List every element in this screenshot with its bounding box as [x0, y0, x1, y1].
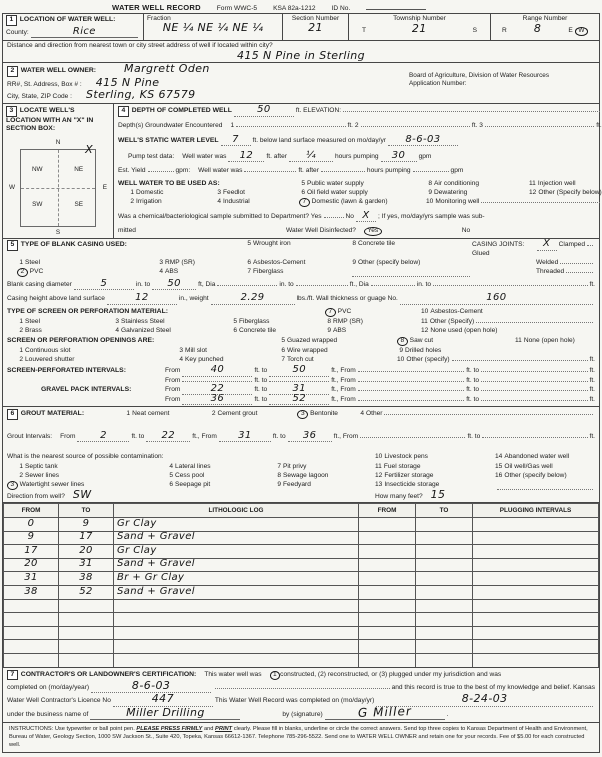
- form-option-selected: 8Saw cut: [397, 337, 515, 346]
- cell-plug-to: [416, 572, 473, 586]
- option-label: RMP (SR): [165, 259, 195, 266]
- option-label: Fiberglass: [239, 318, 269, 325]
- dia-e: ft., Dia: [350, 281, 369, 289]
- option-label: RMP (SR): [333, 318, 363, 325]
- cell-plug-from: [359, 531, 416, 545]
- gw-3: ft. 3: [472, 122, 483, 130]
- option-label: Concrete tile: [239, 327, 276, 334]
- threaded-label: Threaded: [536, 268, 564, 276]
- blank-casing-options: 5TYPE OF BLANK CASING USED: 5Wrought iro…: [3, 240, 599, 277]
- option-number: 5: [245, 240, 251, 248]
- section-grout: 6GROUT MATERIAL:1Neat cement2Cement grou…: [2, 406, 600, 503]
- option-number: 4: [167, 463, 173, 471]
- option-label: Drilled holes: [405, 347, 441, 354]
- option-label: Cess pool: [175, 472, 204, 479]
- section-number-cell: Section Number 21: [282, 14, 348, 40]
- option-label: Irrigation: [136, 198, 162, 205]
- disinfected-no: No: [462, 227, 470, 235]
- cell-plug-interval: [473, 585, 599, 599]
- option-label: Wrought iron: [253, 240, 291, 247]
- option-label: Fiberglass: [253, 268, 283, 275]
- option-number: 2: [209, 410, 215, 418]
- option-number: 10: [421, 308, 428, 316]
- pump-test-b: ft. after: [266, 153, 287, 161]
- completed-on-value: 8-6-03: [132, 682, 170, 689]
- gpi-to-1: 31: [292, 385, 306, 392]
- header-lithologic-log: LITHOLOGIC LOG: [114, 504, 359, 518]
- application-number-label: Application Number:: [409, 80, 595, 88]
- township-value: 21: [412, 25, 427, 32]
- casing-height-value: 12: [135, 294, 149, 301]
- cert-b: constructed, (2) reconstructed, or (3) p…: [280, 671, 501, 679]
- form-option: 1Steel: [17, 318, 113, 326]
- option-label: Public water supply: [307, 180, 364, 187]
- cell-to: 9: [83, 520, 90, 527]
- from-label: From: [165, 386, 180, 394]
- compass-east: E: [103, 184, 107, 192]
- option-number: 3: [7, 481, 18, 490]
- form-option: 11Other (Specify): [421, 318, 595, 326]
- form-option: 3Stainless Steel: [113, 318, 231, 326]
- cell-from: 31: [24, 574, 38, 581]
- option-number: 7: [325, 308, 336, 317]
- use-title: WELL WATER TO BE USED AS:: [118, 180, 299, 188]
- form-option: 2Cement grout: [209, 410, 257, 418]
- form-option: 1Domestic: [128, 189, 215, 197]
- option-number: 5: [231, 318, 237, 326]
- option-number: 9: [350, 259, 356, 267]
- option-number: 8: [350, 240, 356, 248]
- township-cell: Township Number T21S: [348, 14, 490, 40]
- form-option: 9Other (specify below): [350, 259, 472, 267]
- option-number: 4: [157, 268, 163, 276]
- form-option: 9Drilled holes: [397, 347, 515, 355]
- section-locator: 3LOCATE WELL'S LOCATION WITH AN "X" IN S…: [3, 104, 114, 238]
- option-number: 10: [397, 356, 404, 364]
- form-option: 5Public water supply: [299, 180, 426, 188]
- section-4-number: 4: [118, 106, 129, 116]
- grout-from-1: 2: [100, 432, 107, 439]
- contamination-title: What is the nearest source of possible c…: [7, 453, 375, 461]
- option-label: Other: [366, 410, 383, 417]
- agency-block: Board of Agriculture, Division of Water …: [409, 63, 599, 103]
- option-label: Continuous slot: [25, 347, 70, 354]
- option-label: Concrete tile: [358, 240, 395, 247]
- form-option: 5Cess pool: [167, 472, 275, 480]
- option-number: 9: [275, 481, 281, 489]
- id-number-label: ID No.: [332, 5, 351, 13]
- header-to: TO: [59, 504, 114, 518]
- form-option: 4Other: [358, 410, 383, 418]
- option-label: Torch cut: [287, 356, 314, 363]
- option-label: Feedlot: [223, 189, 245, 196]
- weight-value: 2.29: [241, 294, 265, 301]
- form-option: 11None (open hole): [515, 337, 595, 346]
- spi-from-1: 40: [211, 366, 225, 373]
- option-number: 2: [128, 198, 134, 206]
- casing-depth-value: 50: [167, 280, 181, 287]
- owner-address-label: RR#, St. Address, Box # :: [7, 81, 82, 89]
- option-label: Monitoring well: [435, 198, 479, 206]
- sample-no-mark: X: [362, 212, 369, 219]
- section-location: 1LOCATION OF WATER WELL: County:Rice Fra…: [2, 13, 600, 63]
- sample-tail-2: mitted: [118, 227, 136, 235]
- agency-name: Board of Agriculture, Division of Water …: [409, 72, 595, 80]
- cell-plug-from: [359, 572, 416, 586]
- section-3-4-row: 3LOCATE WELL'S LOCATION WITH AN "X" IN S…: [2, 103, 600, 239]
- option-number: 8: [397, 337, 408, 346]
- option-label: Mill slot: [185, 347, 207, 354]
- cell-lithology: Sand + Gravel: [117, 560, 195, 567]
- form-option-selected: 7PVC: [325, 308, 421, 317]
- quadrant-se: SE: [73, 201, 84, 209]
- form-option: 11Injection well: [529, 180, 602, 188]
- welded-label: Welded: [536, 259, 558, 267]
- option-label: Insecticide storage: [384, 481, 439, 488]
- form-option: 1Neat cement: [124, 410, 169, 418]
- form-option: 5Wrought iron: [245, 240, 350, 257]
- option-label: Bentonite: [310, 410, 338, 417]
- casing-height-label: Casing height above land surface: [7, 295, 105, 303]
- cell-to: 17: [79, 533, 93, 540]
- form-option: 8Sewage lagoon: [275, 472, 375, 480]
- casing-diameter-value: 5: [100, 280, 107, 287]
- ftto-label: ft. to: [466, 377, 479, 385]
- static-level-date: 8-6-03: [405, 136, 440, 143]
- option-label: PVC: [30, 268, 44, 275]
- form-option: 11Fuel storage: [375, 463, 495, 471]
- owner-city-value: Sterling, KS 67579: [86, 91, 196, 98]
- option-label: Wire wrapped: [287, 347, 328, 354]
- option-label: None (open hole): [524, 337, 575, 344]
- option-number: 2: [17, 327, 23, 335]
- section-number-value: 21: [308, 24, 323, 31]
- range-cell: Range Number R8EW: [490, 14, 599, 40]
- option-number: 7: [299, 198, 310, 207]
- table-row: 3852Sand + Gravel: [4, 585, 599, 599]
- screen-title: TYPE OF SCREEN OR PERFORATION MATERIAL:: [7, 308, 325, 317]
- form-option: 10Asbestos-Cement: [421, 308, 595, 317]
- from-label: From: [165, 377, 180, 385]
- form-option: 6Asbestos-Cement: [245, 259, 350, 267]
- table-row: 1720Gr Clay: [4, 545, 599, 559]
- option-number: 9: [426, 189, 432, 197]
- cell-lithology: Sand + Gravel: [117, 588, 195, 595]
- screen-material-options: TYPE OF SCREEN OR PERFORATION MATERIAL: …: [3, 308, 599, 335]
- direction-label: Direction from well?: [7, 493, 65, 501]
- table-row-empty: [4, 613, 599, 627]
- intervals-block: SCREEN-PERFORATED INTERVALS:From40ft. to…: [3, 366, 599, 405]
- option-number: 2: [17, 356, 23, 364]
- table-row-empty: [4, 599, 599, 613]
- clamped-label: Clamped: [559, 241, 585, 249]
- quadrant-sw: SW: [31, 201, 43, 209]
- option-number: 10: [375, 453, 382, 461]
- feet-value: 15: [431, 491, 446, 498]
- pump-test-hours: ¼: [306, 152, 316, 159]
- range-label: Range Number: [523, 15, 568, 22]
- cell-plug-to: [416, 518, 473, 532]
- cell-from: 17: [24, 547, 38, 554]
- certification-title: CONTRACTOR'S OR LANDOWNER'S CERTIFICATIO…: [21, 671, 197, 679]
- cell-plug-from: [359, 585, 416, 599]
- cert-c: and this record is true to the best of m…: [392, 684, 595, 692]
- ft-label: ft.: [590, 396, 596, 404]
- feet-label: How many feet?: [375, 493, 423, 501]
- dia-f: in. to: [417, 281, 431, 289]
- section-3-number: 3: [6, 106, 17, 116]
- option-label: Sewage lagoon: [283, 472, 328, 479]
- form-option: 6Wire wrapped: [279, 347, 397, 355]
- cell-lithology: Gr Clay: [117, 520, 157, 527]
- option-label: Key punched: [185, 356, 224, 363]
- option-label: Fertilizer storage: [384, 472, 433, 479]
- ftto-label: ft. to: [466, 367, 479, 375]
- quadrant-nw: NW: [31, 166, 44, 174]
- owner-title: WATER WELL OWNER:: [21, 67, 96, 75]
- form-option: 9Dewatering: [426, 189, 529, 197]
- openings-title: SCREEN OR PERFORATION OPENINGS ARE:: [7, 337, 279, 346]
- ftfrom-label: ft., From: [334, 433, 359, 441]
- section-certification: 7CONTRACTOR'S OR LANDOWNER'S CERTIFICATI…: [2, 667, 600, 723]
- option-number: 14: [495, 453, 502, 461]
- gw-ft: ft.: [596, 122, 602, 130]
- section-box-hline: [21, 188, 95, 189]
- form-option: 9ABS: [325, 327, 421, 335]
- ftto-label: ft. to: [273, 433, 286, 441]
- est-yield-d: hours pumping: [367, 167, 411, 175]
- section-owner: 2WATER WELL OWNER:Margrett Oden RR#, St.…: [2, 62, 600, 104]
- option-label: Oil field water supply: [307, 189, 368, 196]
- option-number: 4: [177, 356, 183, 364]
- form-option: 7Pit privy: [275, 463, 375, 471]
- grout-intervals-label: Grout Intervals:: [7, 433, 52, 441]
- option-number: 8: [325, 318, 331, 326]
- instructions-pre: INSTRUCTIONS: Use typewriter or ball poi…: [9, 726, 135, 732]
- open10-tail: ft.: [590, 356, 596, 364]
- option-number: 8: [275, 472, 281, 480]
- option-number: 6: [245, 259, 251, 267]
- form-option: 1Steel: [17, 259, 157, 267]
- lithologic-log-table: FROM TO LITHOLOGIC LOG FROM TO PLUGGING …: [2, 502, 600, 667]
- cell-lithology: Sand + Gravel: [117, 533, 195, 540]
- direction-row: Direction from well?SW: [7, 491, 275, 501]
- range-e: E: [568, 27, 572, 35]
- table-row: 3138Br + Gr Clay: [4, 572, 599, 586]
- county-value: Rice: [73, 28, 96, 35]
- option-label: Industrial: [223, 198, 250, 205]
- table-row-empty: [4, 640, 599, 654]
- ftfrom-label: ft., From: [331, 396, 356, 404]
- pump-test-c: hours pumping: [335, 153, 379, 161]
- cell-plug-from: [359, 545, 416, 559]
- pump-test-a: Well water was: [182, 153, 226, 161]
- table-row: 2031Sand + Gravel: [4, 558, 599, 572]
- cell-to: 38: [79, 574, 93, 581]
- form-option: 10Livestock pens: [375, 453, 495, 461]
- fraction-cell: Fraction NE ¼ NE ¼ NE ¼: [143, 14, 282, 40]
- form-option: 1Continuous slot: [17, 347, 177, 355]
- section-5-number: 5: [7, 240, 18, 250]
- form-option: 10Other (specify)ft.: [397, 356, 595, 364]
- from-label: From: [165, 396, 180, 404]
- range-w: W: [575, 27, 588, 36]
- spi-to-1: 50: [292, 366, 306, 373]
- option-label: Cement grout: [217, 410, 257, 417]
- form-option: 8Concrete tile: [350, 240, 472, 257]
- record-completed-label: This Water Well Record was completed on …: [215, 697, 374, 705]
- section-box-square: NW NE SW SE X: [20, 149, 96, 227]
- disinfected-yes: Yes: [364, 227, 382, 236]
- form-option: 2Sewer lines: [17, 472, 167, 480]
- table-row-empty: [4, 653, 599, 667]
- form-option: 6Seepage pit: [167, 481, 275, 490]
- casing-joints-row: CASING JOINTS: GluedXClamped: [472, 240, 595, 257]
- disinfected-label: Water Well Disinfected?: [286, 227, 356, 235]
- form-option: 15Oil well/Gas well: [495, 463, 595, 471]
- option-label: Galvanized Steel: [121, 327, 171, 334]
- cell-to: 31: [79, 560, 93, 567]
- signature-label: by (signature): [282, 711, 322, 719]
- option-number: 2: [17, 268, 28, 277]
- cell-from: 9: [28, 533, 35, 540]
- option-number: 7: [279, 356, 285, 364]
- cell-from: 0: [28, 520, 35, 527]
- option-label: Asbestos-Cement: [430, 308, 482, 315]
- licence-label: Water Well Contractor's Licence No: [7, 697, 111, 705]
- form-option: 1Septic tank: [17, 463, 167, 471]
- option-number: 3: [157, 259, 163, 267]
- section-2-number: 2: [7, 66, 18, 76]
- ftto-label: ft. to: [467, 433, 480, 441]
- well-use-options: WELL WATER TO BE USED AS: 5Public water …: [114, 180, 602, 208]
- table-row: 09Gr Clay: [4, 518, 599, 532]
- form-option: 7Torch cut: [279, 356, 397, 364]
- form-option: 2Irrigation: [128, 198, 215, 207]
- sample-question: Was a chemical/bacteriological sample su…: [118, 213, 322, 221]
- cell-to: 52: [79, 588, 93, 595]
- ftfrom-label: ft., From: [331, 367, 356, 375]
- option-number: 3: [177, 347, 183, 355]
- option-number: 6: [167, 481, 173, 489]
- record-completed-value: 8-24-03: [462, 695, 508, 702]
- fraction-value: NE ¼ NE ¼ NE ¼: [163, 24, 264, 31]
- owner-name-value: Margrett Oden: [124, 65, 210, 72]
- instructions-print: PRINT: [215, 726, 232, 732]
- ftfrom-label: ft., From: [331, 377, 356, 385]
- option-label: Other (Specify below): [538, 189, 601, 196]
- cell-plug-to: [416, 545, 473, 559]
- option-number: 12: [529, 189, 536, 197]
- ft-label: ft.: [590, 433, 596, 441]
- option-number: 7: [275, 463, 281, 471]
- gpi-to-2: 52: [292, 395, 306, 402]
- ftto-label: ft. to: [254, 396, 267, 404]
- option-number: 1: [124, 410, 130, 418]
- option-number: 1: [17, 259, 23, 267]
- ftfrom-label: ft., From: [192, 433, 217, 441]
- range-r: R: [502, 27, 507, 35]
- compass-north: N: [56, 139, 61, 147]
- from-label: From: [165, 367, 180, 375]
- location-title: LOCATION OF WATER WELL:: [20, 16, 116, 23]
- option-label: Other (Specify): [430, 318, 474, 326]
- cell-plug-to: [416, 558, 473, 572]
- option-label: Saw cut: [410, 337, 433, 344]
- quadrant-ne: NE: [73, 166, 84, 174]
- casing-title: TYPE OF BLANK CASING USED:: [21, 241, 127, 248]
- cell-plug-from: [359, 518, 416, 532]
- form-option: 10Monitoring well: [426, 198, 602, 207]
- option-number: 12: [375, 472, 382, 480]
- other-specify-blank: [497, 481, 593, 490]
- option-number: 13: [375, 481, 382, 489]
- cell-plug-interval: [473, 572, 599, 586]
- form-option: 6Oil field water supply: [299, 189, 426, 197]
- casing-diameter-label: Blank casing diameter: [7, 281, 72, 289]
- option-label: ABS: [333, 327, 346, 334]
- form-option: 4Industrial: [215, 198, 299, 207]
- est-yield-b: Well water was: [198, 167, 242, 175]
- glued-mark: X: [543, 240, 550, 247]
- cell-from: 20: [24, 560, 38, 567]
- cell-from: 38: [24, 588, 38, 595]
- form-option: 2Brass: [17, 327, 113, 335]
- option-number: 3: [113, 318, 119, 326]
- option-number: 10: [426, 198, 433, 206]
- form-option: 4Galvanized Steel: [113, 327, 231, 335]
- option-label: Stainless Steel: [121, 318, 165, 325]
- option-label: Air conditioning: [434, 180, 479, 187]
- ftto-label: ft. to: [254, 367, 267, 375]
- dia-c: ft, Dia: [198, 281, 215, 289]
- option-number: 2: [17, 472, 23, 480]
- form-option: 14Abandoned water well: [495, 453, 595, 461]
- option-number: 6: [231, 327, 237, 335]
- form-option: 12Fertilizer storage: [375, 472, 495, 480]
- township-label: Township Number: [393, 15, 446, 22]
- ftto-label: ft. to: [254, 386, 267, 394]
- sample-tail: ; If yes, mo/day/yrs sample was sub-: [378, 213, 485, 221]
- feet-row: How many feet?15: [375, 491, 595, 501]
- screen-intervals-label: SCREEN-PERFORATED INTERVALS:: [7, 367, 165, 375]
- option-label: Septic tank: [25, 463, 58, 470]
- option-number: 5: [299, 180, 305, 188]
- header-to-2: TO: [416, 504, 473, 518]
- grout-from-2: 31: [238, 432, 252, 439]
- form-option: 12Other (Specify below): [529, 189, 602, 197]
- option-label: Oil well/Gas well: [504, 463, 552, 470]
- est-yield-e: gpm: [451, 167, 464, 175]
- cell-to: 20: [79, 547, 93, 554]
- county-cell: 1LOCATION OF WATER WELL: County:Rice: [3, 14, 143, 40]
- licence-value: 447: [152, 695, 174, 702]
- signature-value: G Miller: [358, 708, 412, 717]
- option-number: 3: [215, 189, 221, 197]
- township-s: S: [473, 27, 477, 35]
- section-box-diagram: N S W E NW NE SW SE X: [6, 140, 110, 236]
- township-t: T: [362, 27, 366, 35]
- cell-lithology: Gr Clay: [117, 547, 157, 554]
- est-yield-c: ft. after: [298, 167, 319, 175]
- gauge-value: 160: [486, 294, 506, 301]
- gpi-from-1: 22: [211, 385, 225, 392]
- option-number: 5: [167, 472, 173, 480]
- option-label: Dewatering: [434, 189, 467, 196]
- pump-test-d: gpm: [419, 153, 432, 161]
- compass-west: W: [9, 184, 15, 192]
- sample-no-label: No: [346, 213, 354, 221]
